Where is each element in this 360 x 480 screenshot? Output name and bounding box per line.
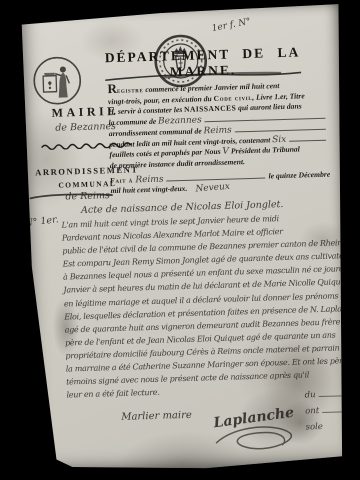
sheet-count-handwritten: Six <box>272 134 286 145</box>
register-preamble: Registre commencé le premier Janvier mil… <box>107 79 330 198</box>
paraph-mark-handwritten: V <box>222 147 229 158</box>
fait-label: Fait à <box>110 175 135 186</box>
ruled-blank <box>235 124 326 133</box>
margin-note-dash <box>322 407 347 413</box>
signature-flourish <box>211 421 302 458</box>
register-word: egistre <box>117 85 144 96</box>
mayor-signature-handwritten: Marlier maire <box>121 410 192 423</box>
fait-place-handwritten: Reims <box>135 174 163 186</box>
drop-cap: R <box>107 85 117 93</box>
register-text: qui auront lieu dans <box>236 102 302 115</box>
margin-note-dash <box>319 391 347 397</box>
ruled-blank <box>289 134 326 141</box>
ruled-blank <box>166 172 265 181</box>
fait-date: le quinze Décembre <box>268 169 330 182</box>
margin-note: sole <box>305 421 347 432</box>
margin-notes: du ont sole <box>305 389 348 438</box>
margin-note-text: sole <box>305 422 323 433</box>
act-body: Acte de naissance de Nicolas Eloi Jongle… <box>61 197 351 402</box>
naissances-label: NAISSANCES <box>184 104 236 116</box>
margin-note: du <box>305 389 347 400</box>
margin-note-text: ont <box>305 406 319 416</box>
president-signature-handwritten: Neveux <box>195 182 230 195</box>
register-text: Président du Tribunal <box>229 145 300 158</box>
act-number-handwritten: N° 1er. <box>24 214 59 229</box>
arrondissement-fillin-handwritten: Reims <box>203 125 231 137</box>
allegorical-figure-medallion-icon <box>30 53 84 109</box>
document-paper: DÉPARTEMENT DE LA MARNE. 1er f. N° MAIRI… <box>13 1 353 476</box>
commune-fillin-handwritten: Bezannes <box>158 116 202 128</box>
fait-date-year: mil huit cent vingt-deux. <box>110 184 187 197</box>
margin-note-text: du <box>305 390 316 400</box>
scanned-register-page: { "colors":{"background":"#000000","pape… <box>0 0 360 480</box>
folio-annotation: 1er f. N° <box>211 17 252 34</box>
margin-note: ont <box>305 405 347 416</box>
